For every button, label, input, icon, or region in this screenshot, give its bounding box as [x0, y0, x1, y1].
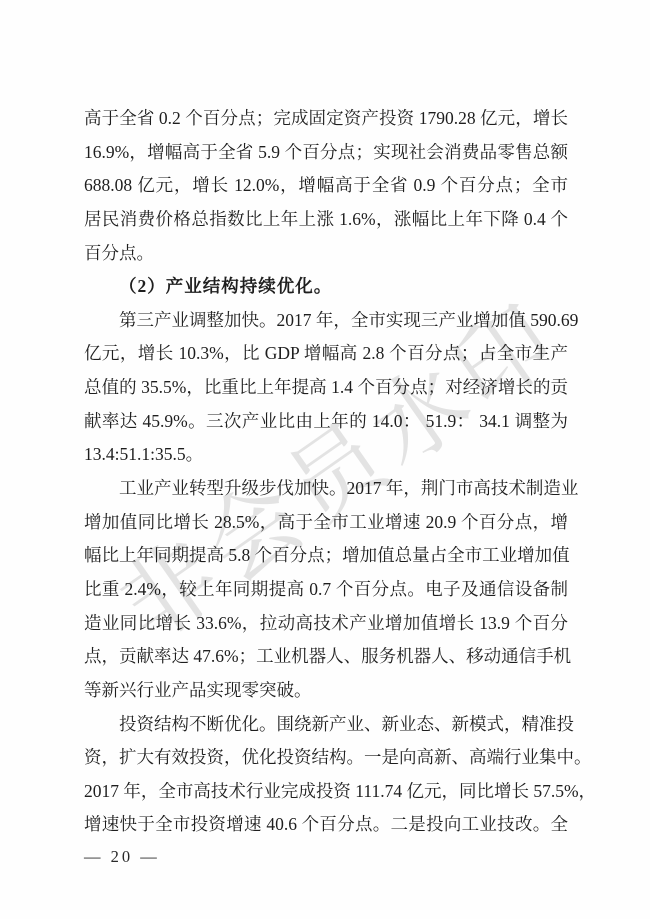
text-line: 增加值同比增长 28.5%，高于全市工业增速 20.9 个百分点，增 — [84, 506, 568, 540]
text-line: （2）产业结构持续优化。 — [84, 270, 568, 304]
text-line: 点，贡献率达 47.6%；工业机器人、服务机器人、移动通信手机 — [84, 640, 568, 674]
text-line: 献率达 45.9%。三次产业比由上年的 14.0： 51.9： 34.1 调整为 — [84, 405, 568, 439]
text-line: 16.9%，增幅高于全省 5.9 个百分点；实现社会消费品零售总额 — [84, 136, 568, 170]
document-body: 高于全省 0.2 个百分点；完成固定资产投资 1790.28 亿元，增长16.9… — [84, 102, 568, 842]
text-line: 等新兴行业产品实现零突破。 — [84, 674, 568, 708]
text-line: 第三产业调整加快。2017 年，全市实现三产业增加值 590.69 — [84, 304, 568, 338]
text-line: 幅比上年同期提高 5.8 个百分点；增加值总量占全市工业增加值 — [84, 539, 568, 573]
document-page: 非会员水印 高于全省 0.2 个百分点；完成固定资产投资 1790.28 亿元，… — [0, 0, 650, 919]
text-line: 百分点。 — [84, 237, 568, 271]
text-line: 造业同比增长 33.6%，拉动高技术产业增加值增长 13.9 个百分 — [84, 607, 568, 641]
text-line: 13.4:51.1:35.5。 — [84, 438, 568, 472]
page-number: — 20 — — [84, 847, 160, 867]
paragraph: 第三产业调整加快。2017 年，全市实现三产业增加值 590.69亿元，增长 1… — [84, 304, 568, 472]
text-line: 高于全省 0.2 个百分点；完成固定资产投资 1790.28 亿元，增长 — [84, 102, 568, 136]
text-line: 688.08 亿元，增长 12.0%，增幅高于全省 0.9 个百分点；全市 — [84, 169, 568, 203]
text-line: 2017 年，全市高技术行业完成投资 111.74 亿元，同比增长 57.5%， — [84, 775, 568, 809]
paragraph: 工业产业转型升级步伐加快。2017 年，荆门市高技术制造业增加值同比增长 28.… — [84, 472, 568, 707]
paragraph: 投资结构不断优化。围绕新产业、新业态、新模式，精准投资，扩大有效投资，优化投资结… — [84, 708, 568, 843]
text-line: 居民消费价格总指数比上年上涨 1.6%，涨幅比上年下降 0.4 个 — [84, 203, 568, 237]
text-line: 投资结构不断优化。围绕新产业、新业态、新模式，精准投 — [84, 708, 568, 742]
section-heading: （2）产业结构持续优化。 — [84, 270, 568, 304]
text-line: 增速快于全市投资增速 40.6 个百分点。二是投向工业技改。全 — [84, 808, 568, 842]
text-line: 资，扩大有效投资，优化投资结构。一是向高新、高端行业集中。 — [84, 741, 568, 775]
text-line: 总值的 35.5%，比重比上年提高 1.4 个百分点；对经济增长的贡 — [84, 371, 568, 405]
text-line: 比重 2.4%，较上年同期提高 0.7 个百分点。电子及通信设备制 — [84, 573, 568, 607]
paragraph: 高于全省 0.2 个百分点；完成固定资产投资 1790.28 亿元，增长16.9… — [84, 102, 568, 270]
text-line: 工业产业转型升级步伐加快。2017 年，荆门市高技术制造业 — [84, 472, 568, 506]
text-line: 亿元，增长 10.3%，比 GDP 增幅高 2.8 个百分点；占全市生产 — [84, 337, 568, 371]
